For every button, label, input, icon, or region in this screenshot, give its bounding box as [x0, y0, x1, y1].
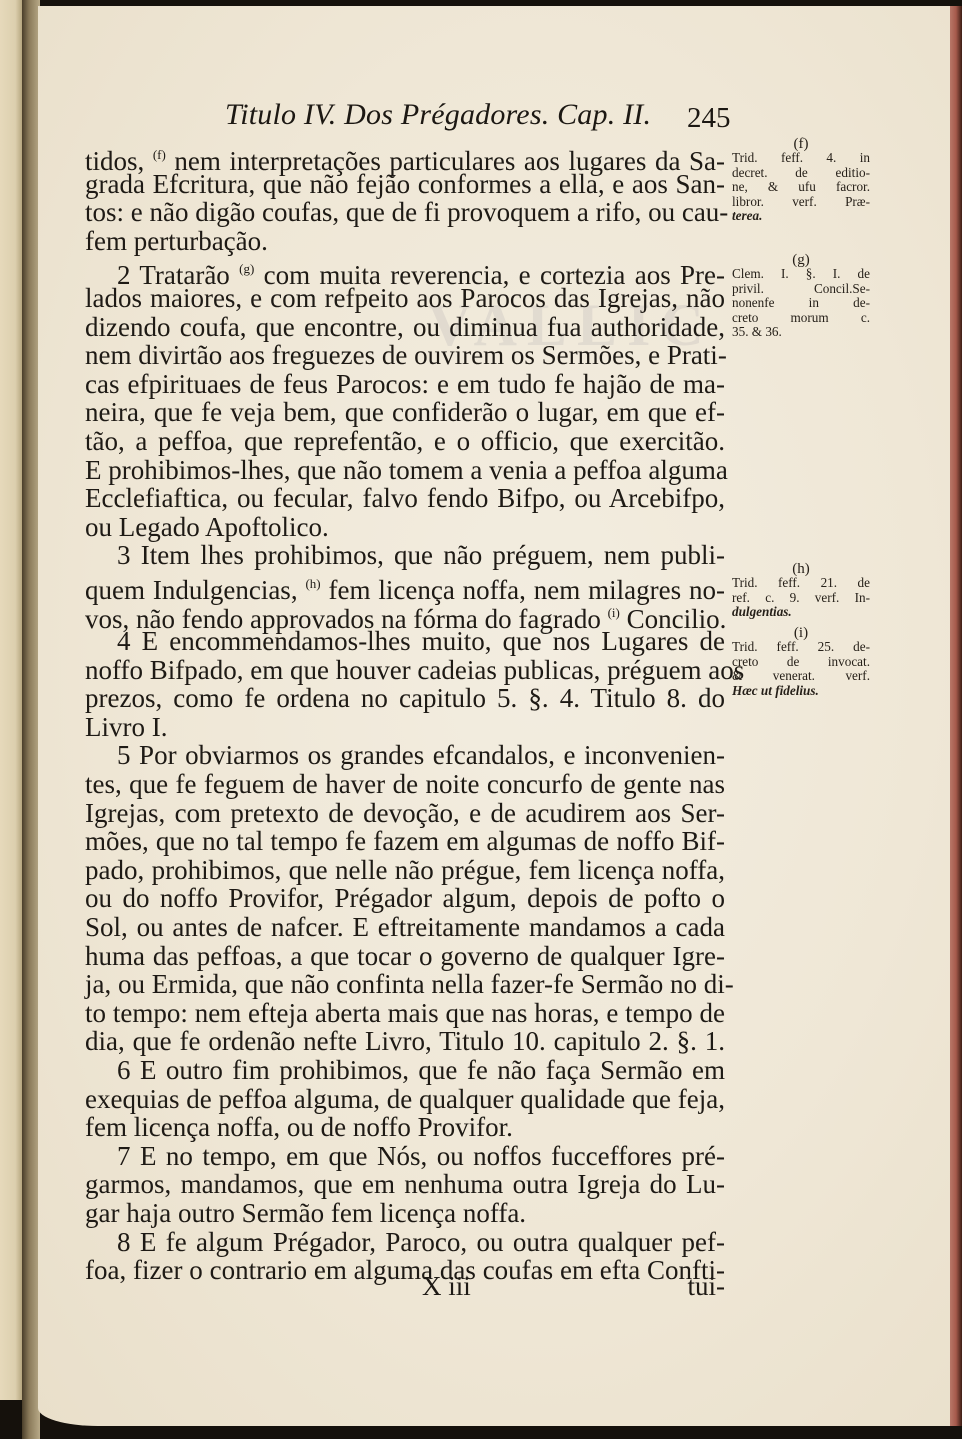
main-text-column: tidos, (f) nem interpretações particular…	[85, 141, 725, 1285]
text-line: to tempo: nem efteja aberta mais que nas…	[85, 999, 725, 1028]
facing-page-edge	[0, 0, 22, 1400]
text-line: Igrejas, com pretexto de devoção, e de a…	[85, 799, 725, 828]
text-line: E prohibimos-lhes, que não tomem a venia…	[85, 456, 725, 485]
paragraph-8-start: 8 E fe algum Prégador, Paroco, ou outra …	[85, 1228, 725, 1257]
text-line: pado, prohibimos, que nelle não prégue, …	[85, 856, 725, 885]
text-line: ja, ou Ermida, que não confinta nella fa…	[85, 970, 725, 999]
text-line: Sol, ou antes de nafcer. E eftreitamente…	[85, 913, 725, 942]
text-line: ou Legado Apoftolico.	[85, 513, 725, 542]
text-line: prezos, como fe ordena no capitulo 5. §.…	[85, 684, 725, 713]
text-line: mões, que no tal tempo fe fazem em algum…	[85, 827, 725, 856]
text-line: vos, não fendo approvados na fórma do fa…	[85, 599, 725, 628]
text-line: cas efpirituaes de feus Parocos: e em tu…	[85, 370, 725, 399]
paragraph-4-start: 4 E encommendamos-lhes muito, que nos Lu…	[85, 627, 725, 656]
text-line: garmos, mandamos, que em nenhuma outra I…	[85, 1170, 725, 1199]
text-line: tos: e não digão coufas, que de fi provo…	[85, 198, 725, 227]
text-line: tes, que fe feguem de haver de noite con…	[85, 770, 725, 799]
paragraph-7-start: 7 E no tempo, em que Nós, ou noffos fucc…	[85, 1142, 725, 1171]
paragraph-5-start: 5 Por obviarmos os grandes efcandalos, e…	[85, 741, 725, 770]
text-line: neira, que fe veja bem, que confiderão o…	[85, 398, 725, 427]
catchword: tui-	[688, 1271, 726, 1302]
text-line: fem perturbação.	[85, 227, 725, 256]
text-line: dia, que fe ordenão nefte Livro, Titulo …	[85, 1027, 725, 1056]
text-line: lados maiores, e com refpeito aos Paroco…	[85, 284, 725, 313]
sidenote-i: (i) Trid. feff. 25. de- creto de invocat…	[732, 627, 870, 698]
footnote-ref-g[interactable]: (g)	[239, 261, 254, 276]
page-footer: X iii tui-	[85, 1271, 725, 1305]
footnote-ref-i[interactable]: (i)	[608, 605, 620, 620]
text-line: noffo Bifpado, em que houver cadeias pub…	[85, 656, 725, 685]
footnote-ref-f[interactable]: (f)	[153, 147, 166, 162]
text-line: quem Indulgencias, (h) fem licença noffa…	[85, 570, 725, 599]
sidenote-g: (g) Clem. I. §. I. de privil. Concil.Se-…	[732, 254, 870, 340]
text-line: tão, a peffoa, que reprefentão, e o offi…	[85, 427, 725, 456]
text-line: exequias de peffoa alguma, de qualquer q…	[85, 1085, 725, 1114]
paragraph-6-start: 6 E outro fim prohibimos, que fe não faç…	[85, 1056, 725, 1085]
footnote-ref-h[interactable]: (h)	[305, 576, 320, 591]
text-line: Ecclefiaftica, ou fecular, falvo fendo B…	[85, 484, 725, 513]
sidenote-f: (f) Trid. feff. 4. in decret. de editio-…	[732, 138, 870, 224]
text-line: dizendo coufa, que encontre, ou diminua …	[85, 313, 725, 342]
text-line: fem licença noffa, ou de noffo Provifor.	[85, 1113, 725, 1142]
signature-mark: X iii	[422, 1271, 471, 1302]
text-line: tidos, (f) nem interpretações particular…	[85, 141, 725, 170]
text-line: nem divirtão aos freguezes de ouvirem os…	[85, 341, 725, 370]
running-header: Titulo IV. Dos Prégadores. Cap. II. 245	[200, 98, 720, 138]
text-line: gar haja outro Sermão fem licença noffa.	[85, 1199, 725, 1228]
text-line: huma das peffoas, a que tocar o governo …	[85, 942, 725, 971]
page-number: 245	[687, 102, 731, 135]
text-line: Livro I.	[85, 713, 725, 742]
page-red-edge	[950, 6, 962, 1426]
running-title: Titulo IV. Dos Prégadores. Cap. II.	[225, 98, 651, 132]
paragraph-3-start: 3 Item lhes prohibimos, que não préguem,…	[85, 541, 725, 570]
text-line: ou do noffo Provifor, Prégador algum, de…	[85, 884, 725, 913]
text-line: grada Efcritura, que não fejão conformes…	[85, 170, 725, 199]
paragraph-2-start: 2 Tratarão (g) com muita reverencia, e c…	[85, 255, 725, 284]
sidenote-h: (h) Trid. feff. 21. de ref. c. 9. verf. …	[732, 563, 870, 620]
